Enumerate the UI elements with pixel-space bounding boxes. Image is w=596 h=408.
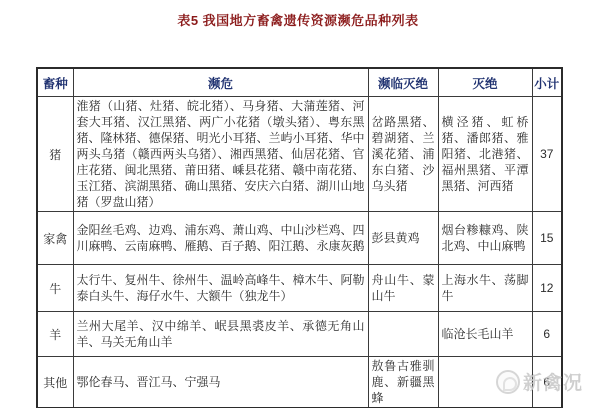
endangered-cell: 金阳丝毛鸡、边鸡、浦东鸡、萧山鸡、中山沙栏鸡、四川麻鸭、云南麻鸭、雁鹅、百子鹅、… — [73, 212, 368, 265]
endangered-cell: 太行牛、复州牛、徐州牛、温岭高峰牛、樟木牛、阿勒泰白头牛、海仔水牛、大额牛（独龙… — [73, 265, 368, 312]
endangered-cell: 鄂伦春马、晋江马、宁强马 — [73, 357, 368, 408]
species-cell: 羊 — [37, 312, 73, 357]
table-row-other: 其他 鄂伦春马、晋江马、宁强马 敖鲁古雅驯鹿、新疆黑蜂 6 — [37, 357, 562, 408]
endangered-cell: 兰州大尾羊、汉中绵羊、岷县黑裘皮羊、承德无角山羊、马关无角山羊 — [73, 312, 368, 357]
watermark-logo-icon — [496, 370, 520, 394]
critically-endangered-cell: 岔路黑猪、碧湖猪、兰溪花猪、浦东白猪、沙乌头猪 — [368, 97, 438, 212]
header-subtotal: 小计 — [532, 68, 562, 97]
species-cell: 猪 — [37, 97, 73, 212]
species-cell: 牛 — [37, 265, 73, 312]
endangered-breeds-table: 畜种 濒危 濒临灭绝 灭绝 小计 猪 淮猪（山猪、灶猪、皖北猪）、马身猪、大蒲莲… — [36, 67, 563, 408]
table-row-cattle: 牛 太行牛、复州牛、徐州牛、温岭高峰牛、樟木牛、阿勒泰白头牛、海仔水牛、大额牛（… — [37, 265, 562, 312]
page: 表5 我国地方畜禽遗传资源濒危品种列表 畜种 濒危 濒临灭绝 灭绝 小计 猪 淮… — [0, 0, 596, 408]
species-cell: 家禽 — [37, 212, 73, 265]
extinct-cell: 临沧长毛山羊 — [438, 312, 532, 357]
page-title: 表5 我国地方畜禽遗传资源濒危品种列表 — [0, 10, 596, 29]
table-row-pig: 猪 淮猪（山猪、灶猪、皖北猪）、马身猪、大蒲莲猪、河套大耳猪、汉江黑猪、两广小花… — [37, 97, 562, 212]
critically-endangered-cell: 舟山牛、蒙山牛 — [368, 265, 438, 312]
subtotal-cell: 6 — [532, 312, 562, 357]
subtotal-cell: 37 — [532, 97, 562, 212]
header-extinct: 灭绝 — [438, 68, 532, 97]
critically-endangered-cell: 彭县黄鸡 — [368, 212, 438, 265]
subtotal-cell: 15 — [532, 212, 562, 265]
watermark: 新禽况 — [496, 368, 583, 395]
critically-endangered-cell — [368, 312, 438, 357]
header-row: 畜种 濒危 濒临灭绝 灭绝 小计 — [37, 68, 562, 97]
extinct-cell: 烟台糁糠鸡、陕北鸡、中山麻鸭 — [438, 212, 532, 265]
header-critically-endangered: 濒临灭绝 — [368, 68, 438, 97]
header-species: 畜种 — [37, 68, 73, 97]
watermark-text: 新禽况 — [523, 368, 583, 395]
endangered-cell: 淮猪（山猪、灶猪、皖北猪）、马身猪、大蒲莲猪、河套大耳猪、汉江黑猪、两广小花猪（… — [73, 97, 368, 212]
species-cell: 其他 — [37, 357, 73, 408]
table-row-poultry: 家禽 金阳丝毛鸡、边鸡、浦东鸡、萧山鸡、中山沙栏鸡、四川麻鸭、云南麻鸭、雁鹅、百… — [37, 212, 562, 265]
extinct-cell: 上海水牛、荡脚牛 — [438, 265, 532, 312]
table-row-sheep: 羊 兰州大尾羊、汉中绵羊、岷县黑裘皮羊、承德无角山羊、马关无角山羊 临沧长毛山羊… — [37, 312, 562, 357]
extinct-cell: 横泾猪、虹桥猪、潘郎猪、雅阳猪、北港猪、福州黑猪、平潭黑猪、河西猪 — [438, 97, 532, 212]
header-endangered: 濒危 — [73, 68, 368, 97]
subtotal-cell: 12 — [532, 265, 562, 312]
critically-endangered-cell: 敖鲁古雅驯鹿、新疆黑蜂 — [368, 357, 438, 408]
